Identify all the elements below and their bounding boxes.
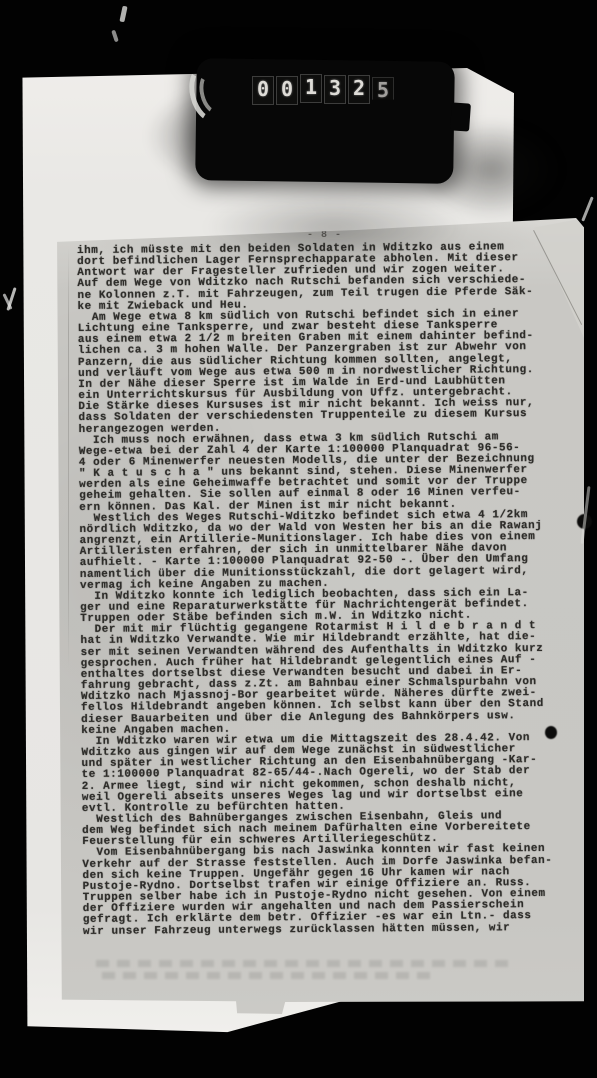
typed-text: ihm, ich müsste mit den beiden Soldaten … — [77, 242, 575, 938]
counter-digit: 3 — [324, 75, 346, 104]
counter-digit: 2 — [348, 75, 370, 104]
ink-blot — [545, 726, 557, 739]
document-page: - 8 - ihm, ich müsste mit den beiden Sol… — [56, 218, 584, 1014]
counter-digit: 0 — [252, 76, 274, 105]
microfilm-scan: - 8 - ihm, ich müsste mit den beiden Sol… — [0, 0, 597, 1078]
bleedthrough-text — [96, 960, 516, 967]
counter-digit: 1 — [300, 74, 322, 103]
bleedthrough-text — [102, 972, 432, 979]
paper-crease-line — [68, 248, 69, 668]
scratch-mark — [119, 6, 127, 23]
counter-digits: 001325 — [252, 74, 394, 103]
scratch-mark — [581, 196, 594, 221]
counter-digit: 5 — [372, 77, 394, 106]
text-line: wir unser Fahrzeug unterwegs zurücklasse… — [83, 922, 575, 937]
counter-digit: 0 — [276, 76, 298, 105]
counter-knob — [450, 102, 471, 131]
scratch-mark — [111, 30, 119, 43]
